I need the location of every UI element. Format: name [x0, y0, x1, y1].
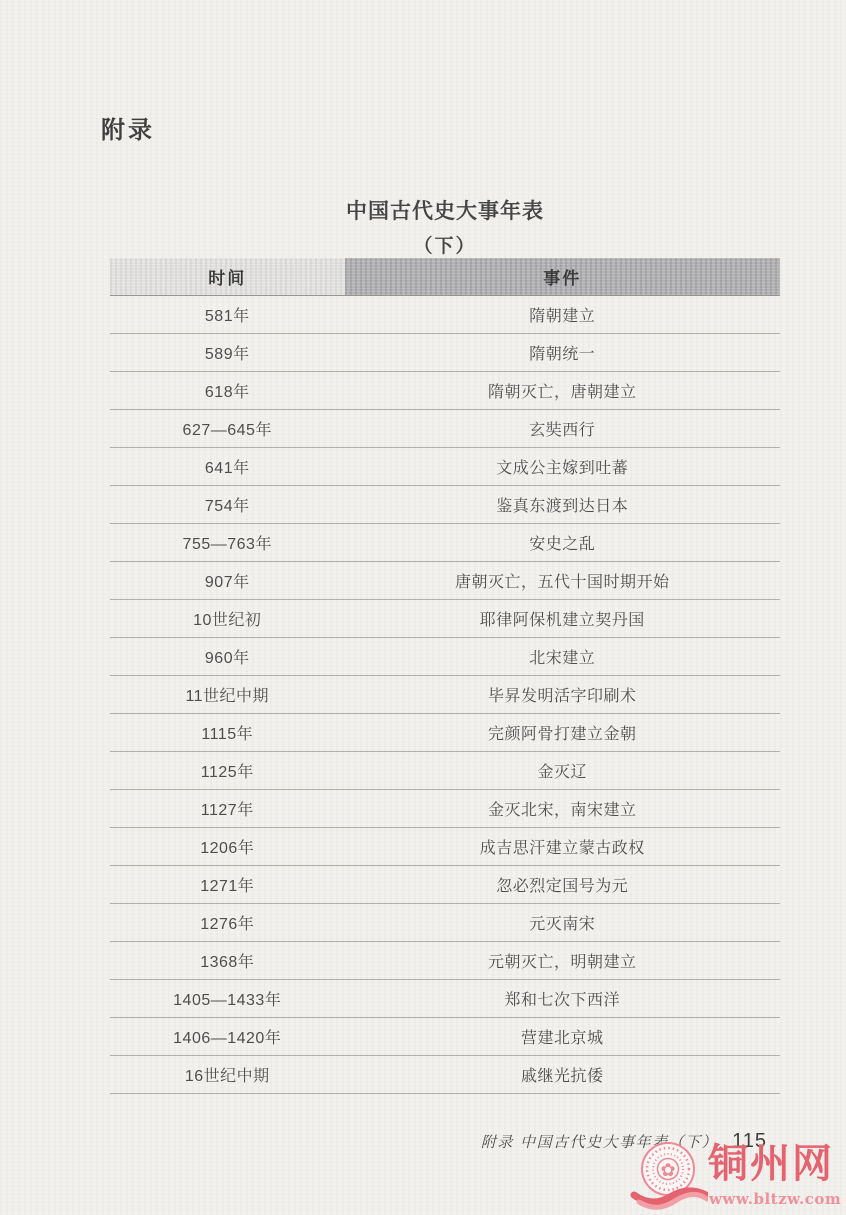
table-row: 1206年成吉思汗建立蒙古政权	[110, 828, 780, 866]
table-row: 1271年忽必烈定国号为元	[110, 866, 780, 904]
event-cell: 戚继光抗倭	[345, 1056, 781, 1093]
table-row: 1127年金灭北宋，南宋建立	[110, 790, 780, 828]
watermark-logo-icon: ✿	[630, 1138, 708, 1214]
table-row: 618年隋朝灭亡，唐朝建立	[110, 372, 780, 410]
event-cell: 玄奘西行	[345, 410, 781, 447]
table-row: 11世纪中期毕昇发明活字印刷术	[110, 676, 780, 714]
table-row: 1406—1420年营建北京城	[110, 1018, 780, 1056]
table-row: 589年隋朝统一	[110, 334, 780, 372]
event-cell: 营建北京城	[345, 1018, 781, 1055]
section-label: 附录	[101, 110, 155, 145]
time-cell: 1115年	[110, 714, 345, 751]
column-header-event: 事件	[345, 258, 781, 295]
event-cell: 完颜阿骨打建立金朝	[345, 714, 781, 751]
time-cell: 1127年	[110, 790, 345, 827]
event-cell: 耶律阿保机建立契丹国	[345, 600, 781, 637]
column-header-time: 时间	[110, 258, 345, 295]
table-row: 641年文成公主嫁到吐蕃	[110, 448, 780, 486]
event-cell: 毕昇发明活字印刷术	[345, 676, 781, 713]
table-row: 10世纪初耶律阿保机建立契丹国	[110, 600, 780, 638]
time-cell: 1125年	[110, 752, 345, 789]
time-cell: 641年	[110, 448, 345, 485]
table-row: 960年北宋建立	[110, 638, 780, 676]
scanned-page: 附录 中国古代史大事年表 （下） 时间 事件 581年隋朝建立589年隋朝统一6…	[0, 0, 846, 1215]
event-cell: 鉴真东渡到达日本	[345, 486, 781, 523]
table-row: 1276年元灭南宋	[110, 904, 780, 942]
event-cell: 金灭辽	[345, 752, 781, 789]
event-cell: 元朝灭亡，明朝建立	[345, 942, 781, 979]
event-cell: 元灭南宋	[345, 904, 781, 941]
page-subtitle: （下）	[110, 231, 780, 258]
watermark-site-url: www.bltzw.com	[709, 1190, 841, 1208]
table-row: 1368年元朝灭亡，明朝建立	[110, 942, 780, 980]
watermark: ✿ 铜州网 www.bltzw.com	[630, 1138, 846, 1214]
time-cell: 1405—1433年	[110, 980, 345, 1017]
table-row: 1115年完颜阿骨打建立金朝	[110, 714, 780, 752]
event-cell: 金灭北宋，南宋建立	[345, 790, 781, 827]
event-cell: 唐朝灭亡，五代十国时期开始	[345, 562, 781, 599]
event-cell: 北宋建立	[345, 638, 781, 675]
event-cell: 忽必烈定国号为元	[345, 866, 781, 903]
time-cell: 581年	[110, 296, 345, 333]
event-cell: 安史之乱	[345, 524, 781, 561]
event-cell: 隋朝统一	[345, 334, 781, 371]
time-cell: 754年	[110, 486, 345, 523]
event-cell: 成吉思汗建立蒙古政权	[345, 828, 781, 865]
table-header-row: 时间 事件	[110, 258, 780, 296]
event-cell: 文成公主嫁到吐蕃	[345, 448, 781, 485]
table-row: 1405—1433年郑和七次下西洋	[110, 980, 780, 1018]
table-body: 581年隋朝建立589年隋朝统一618年隋朝灭亡，唐朝建立627—645年玄奘西…	[110, 296, 780, 1094]
time-cell: 907年	[110, 562, 345, 599]
time-cell: 755—763年	[110, 524, 345, 561]
table-row: 627—645年玄奘西行	[110, 410, 780, 448]
flower-icon: ✿	[660, 1160, 675, 1180]
time-cell: 618年	[110, 372, 345, 409]
time-cell: 1406—1420年	[110, 1018, 345, 1055]
time-cell: 589年	[110, 334, 345, 371]
table-row: 754年鉴真东渡到达日本	[110, 486, 780, 524]
page-title: 中国古代史大事年表	[110, 195, 780, 225]
time-cell: 16世纪中期	[110, 1056, 345, 1093]
title-block: 中国古代史大事年表 （下）	[110, 195, 780, 258]
event-cell: 隋朝建立	[345, 296, 781, 333]
time-cell: 1276年	[110, 904, 345, 941]
time-cell: 1368年	[110, 942, 345, 979]
watermark-site-name: 铜州网	[708, 1144, 834, 1184]
chronology-table: 时间 事件 581年隋朝建立589年隋朝统一618年隋朝灭亡，唐朝建立627—6…	[110, 258, 780, 1094]
table-row: 755—763年安史之乱	[110, 524, 780, 562]
time-cell: 10世纪初	[110, 600, 345, 637]
time-cell: 627—645年	[110, 410, 345, 447]
table-row: 907年唐朝灭亡，五代十国时期开始	[110, 562, 780, 600]
time-cell: 11世纪中期	[110, 676, 345, 713]
time-cell: 1271年	[110, 866, 345, 903]
event-cell: 郑和七次下西洋	[345, 980, 781, 1017]
table-row: 16世纪中期戚继光抗倭	[110, 1056, 780, 1094]
time-cell: 960年	[110, 638, 345, 675]
time-cell: 1206年	[110, 828, 345, 865]
table-row: 1125年金灭辽	[110, 752, 780, 790]
table-row: 581年隋朝建立	[110, 296, 780, 334]
event-cell: 隋朝灭亡，唐朝建立	[345, 372, 781, 409]
